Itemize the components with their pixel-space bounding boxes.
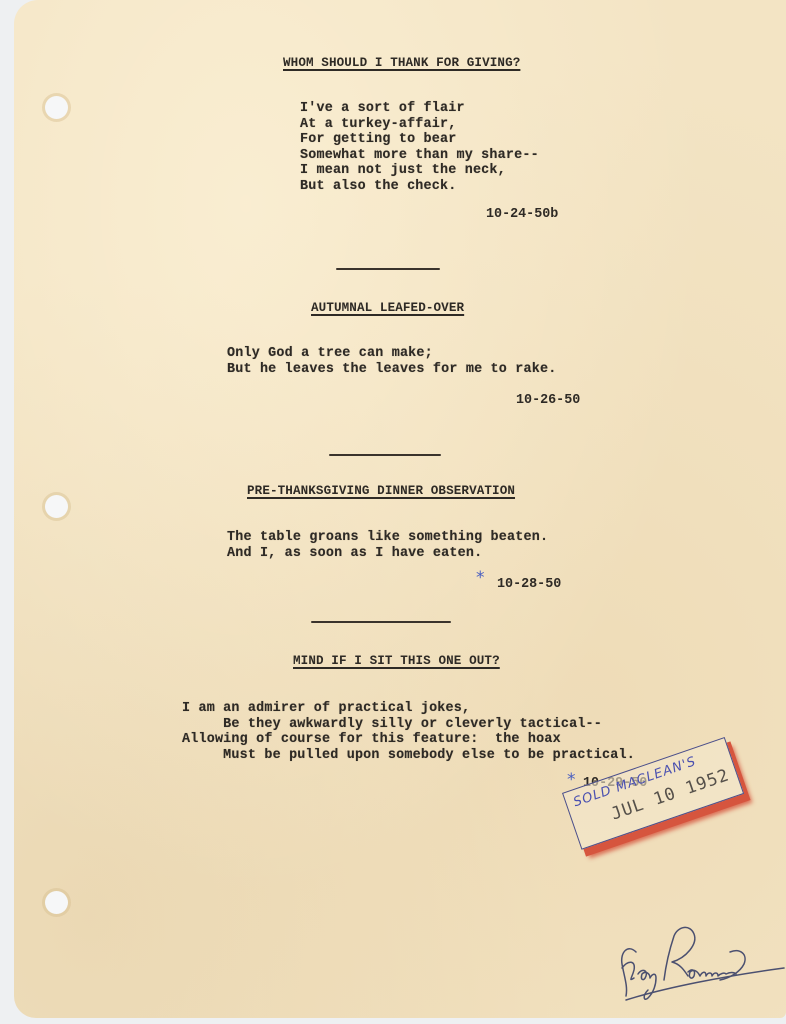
poem-line: Somewhat more than my share-- [300,148,539,163]
poem-body: I've a sort of flair At a turkey-affair,… [300,101,539,195]
section-divider [336,268,440,270]
poem-line: I've a sort of flair [300,101,465,116]
poem-line: Allowing of course for this feature: the… [182,732,561,747]
binder-hole [45,891,68,914]
poem-line: The table groans like something beaten. [227,530,548,545]
typed-page: WHOM SHOULD I THANK FOR GIVING? I've a s… [14,0,786,1018]
poem-body: I am an admirer of practical jokes, Be t… [182,701,635,763]
poem-line: But also the check. [300,179,456,194]
poem-line: For getting to bear [300,132,456,147]
binder-hole [45,495,68,518]
poem-title: MIND IF I SIT THIS ONE OUT? [293,654,500,668]
poem-line: I am an admirer of practical jokes, [182,701,470,716]
section-divider [329,454,441,456]
poem-body: Only God a tree can make; But he leaves … [227,346,556,377]
poem-line: But he leaves the leaves for me to rake. [227,362,556,377]
poem-date: 10-24-50b [486,207,558,222]
poem-title: PRE-THANKSGIVING DINNER OBSERVATION [247,484,515,498]
poem-body: The table groans like something beaten. … [227,530,548,561]
signature: Ray Romine [614,918,786,1008]
asterisk-mark-icon: * [567,770,576,790]
asterisk-mark-icon: * [476,568,485,588]
poem-title: AUTUMNAL LEAFED-OVER [311,301,464,315]
poem-line: And I, as soon as I have eaten. [227,546,482,561]
poem-line: Only God a tree can make; [227,346,433,361]
poem-line: I mean not just the neck, [300,163,506,178]
poem-line: Must be pulled upon somebody else to be … [182,748,635,763]
poem-line: Be they awkwardly silly or cleverly tact… [182,717,602,732]
poem-line: At a turkey-affair, [300,117,456,132]
binder-hole [45,96,68,119]
poem-title: WHOM SHOULD I THANK FOR GIVING? [283,56,520,70]
poem-date: 10-26-50 [516,393,580,408]
poem-date: 10-28-50 [497,577,561,592]
section-divider [311,621,451,623]
